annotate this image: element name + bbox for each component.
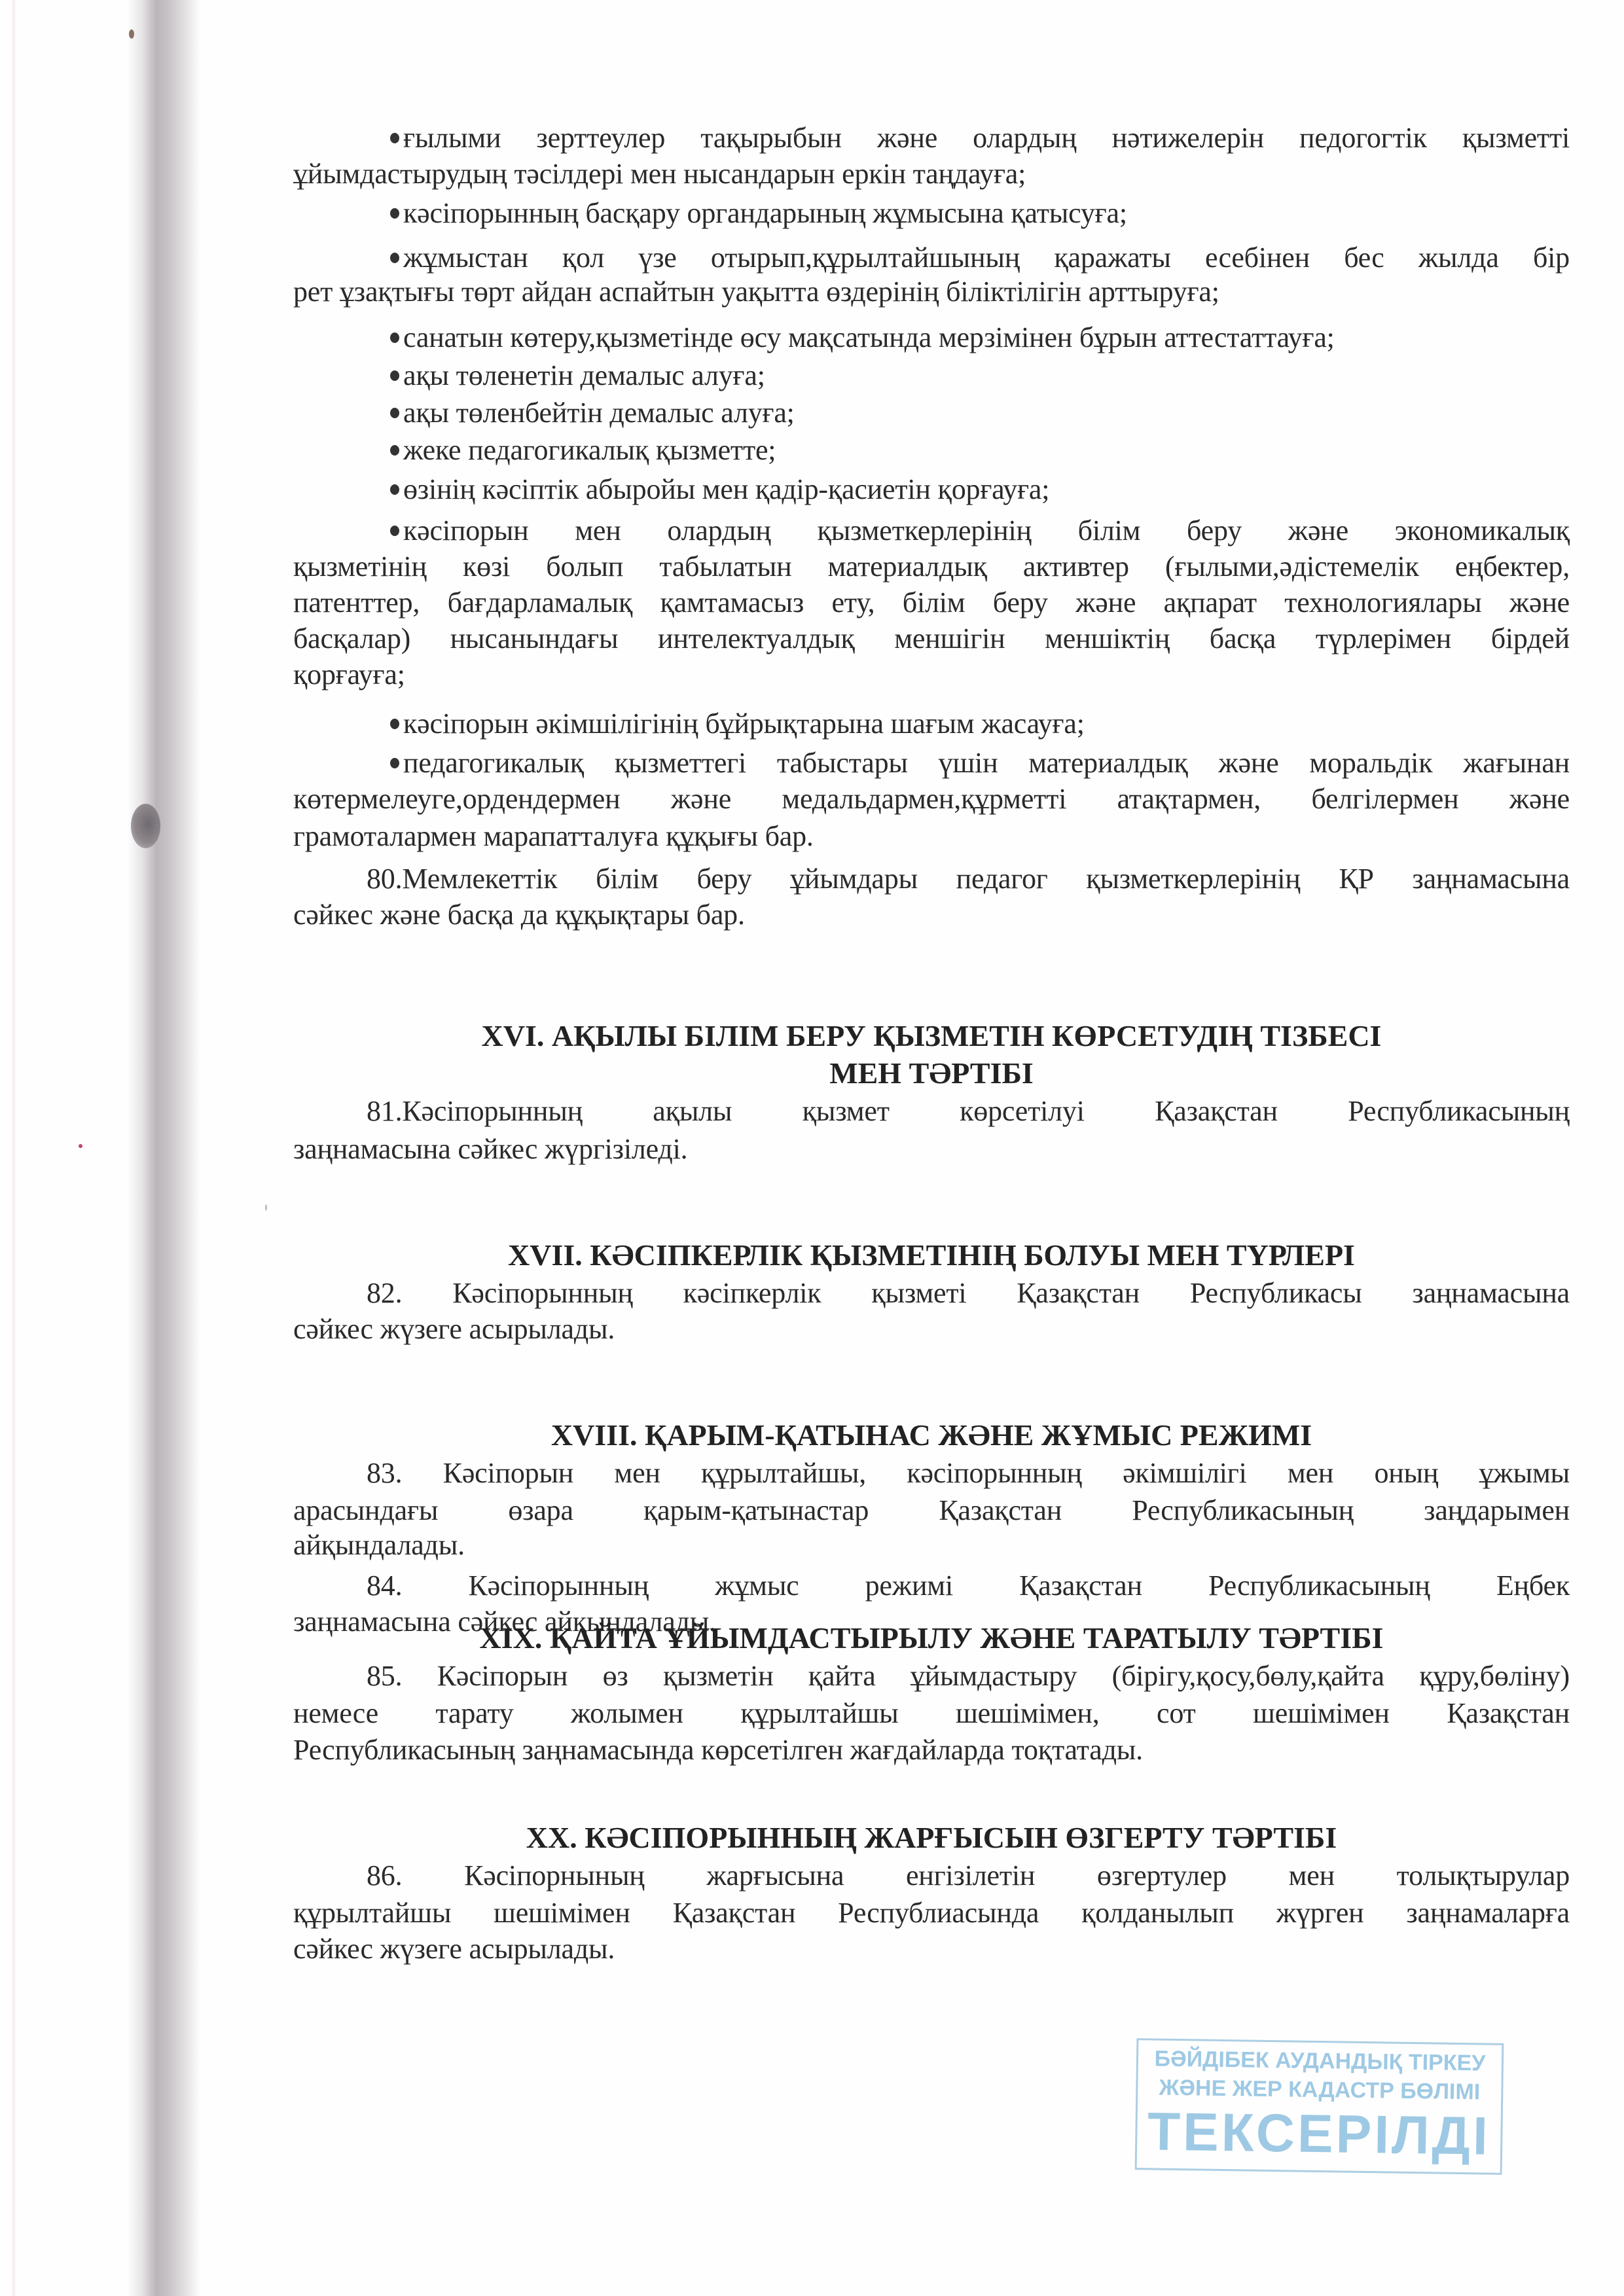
- bullet-item: өзінің кәсіптік абыройы мен қадір-қасиет…: [390, 473, 1570, 507]
- section-heading: XVI. АҚЫЛЫ БІЛІМ БЕРУ ҚЫЗМЕТІН КӨРСЕТУДІ…: [293, 1018, 1570, 1054]
- paragraph-line: Республикасының заңнамасында көрсетілген…: [293, 1733, 1570, 1767]
- bullet-icon: [390, 408, 399, 418]
- scan-speck: [265, 1204, 267, 1211]
- registration-stamp: БӘЙДІБЕК АУДАНДЫҚ ТІРКЕУ ЖӘНЕ ЖЕР КАДАСТ…: [1135, 2038, 1504, 2175]
- bullet-item-continuation: рет ұзақтығы төрт айдан аспайтын уақытта…: [293, 275, 1570, 309]
- bullet-icon: [390, 484, 399, 495]
- paragraph-80: сәйкес және басқа да құқықтары бар.: [293, 898, 1570, 932]
- paragraph-line: 82. Кәсіпорынның кәсіпкерлік қызметі Қаз…: [367, 1276, 1570, 1310]
- bullet-icon: [390, 719, 399, 729]
- bullet-item: ақы төленбейтін демалыс алуға;: [390, 396, 1570, 430]
- line-text: санатын көтеру,қызметінде өсу мақсатында…: [403, 321, 1335, 353]
- bullet-item: санатын көтеру,қызметінде өсу мақсатында…: [390, 321, 1570, 355]
- bullet-item-continuation: басқалар) нысанындағы интелектуалдық мен…: [293, 622, 1570, 656]
- bullet-icon: [390, 133, 399, 143]
- bullet-item-continuation: қызметінің көзі болып табылатын материал…: [293, 550, 1570, 584]
- bullet-item: ақы төленетін демалыс алуға;: [390, 359, 1570, 393]
- line-text: ақы төленетін демалыс алуға;: [403, 359, 765, 391]
- binding-shadow: [128, 0, 200, 2296]
- bullet-item: педагогикалық қызметтегі табыстары үшін …: [390, 746, 1570, 780]
- line-text: өзінің кәсіптік абыройы мен қадір-қасиет…: [403, 473, 1049, 505]
- paragraph-line: сәйкес жүзеге асырылады.: [293, 1932, 1570, 1966]
- scan-speck: [129, 29, 134, 39]
- line-text: кәсіпорын әкімшілігінің бұйрықтарына шағ…: [403, 708, 1085, 740]
- line-text: жеке педагогикалық қызметте;: [403, 434, 776, 466]
- section-heading: МЕН ТӘРТІБІ: [293, 1055, 1570, 1092]
- paragraph-line: 81.Кәсіпорынның ақылы қызмет көрсетілуі …: [367, 1094, 1570, 1128]
- paragraph-line: немесе тарату жолымен құрылтайшы шешімім…: [293, 1696, 1570, 1731]
- bullet-icon: [390, 332, 399, 343]
- bullet-item-continuation: қорғауға;: [293, 658, 1570, 692]
- bullet-item: жеке педагогикалық қызметте;: [390, 433, 1570, 467]
- paragraph-line: заңнамасына сәйкес жүргізіледі.: [293, 1132, 1570, 1166]
- paragraph-line: сәйкес жүзеге асырылады.: [293, 1312, 1570, 1346]
- bullet-icon: [390, 253, 399, 263]
- bullet-item-continuation: ұйымдастырудың тәсілдері мен нысандарын …: [293, 157, 1570, 191]
- line-text: педагогикалық қызметтегі табыстары үшін …: [403, 747, 1570, 779]
- stamp-verified: ТЕКСЕРІЛДІ: [1137, 2102, 1501, 2167]
- bullet-icon: [390, 445, 399, 456]
- bullet-icon: [390, 370, 399, 381]
- punch-hole: [131, 804, 160, 848]
- section-heading: XVII. КӘСІПКЕРЛІК ҚЫЗМЕТІНІҢ БОЛУЫ МЕН Т…: [293, 1237, 1570, 1274]
- line-text: ғылыми зерттеулер тақырыбын және олардың…: [403, 122, 1570, 154]
- scan-page-edge: [12, 0, 16, 2296]
- paragraph-line: 86. Кәсіпорнының жарғысына енгізілетін ө…: [367, 1859, 1570, 1893]
- paragraph-line: 84. Кәсіпорынның жұмыс режимі Қазақстан …: [367, 1569, 1570, 1603]
- bullet-item-continuation: патенттер, бағдарламалық қамтамасыз ету,…: [293, 586, 1570, 620]
- scan-speck: [79, 1144, 82, 1148]
- stamp-line-1: БӘЙДІБЕК АУДАНДЫҚ ТІРКЕУ: [1138, 2044, 1502, 2078]
- bullet-item: жұмыстан қол үзе отырып,құрылтайшының қа…: [390, 241, 1570, 275]
- paragraph-line: 83. Кәсіпорын мен құрылтайшы, кәсіпорынн…: [367, 1456, 1570, 1490]
- line-text: кәсіпорын мен олардың қызметкерлерінің б…: [403, 514, 1570, 547]
- stamp-line-2: ЖӘНЕ ЖЕР КАДАСТР БӨЛІМІ: [1138, 2073, 1502, 2107]
- section-heading: XIX. ҚАЙТА ҰЙЫМДАСТЫРЫЛУ ЖӘНЕ ТАРАТЫЛУ Т…: [293, 1620, 1570, 1657]
- paragraph-line: құрылтайшы шешімімен Қазақстан Республиа…: [293, 1896, 1570, 1930]
- paragraph-line: айқындалады.: [293, 1528, 1570, 1562]
- paragraph-80: 80.Мемлекеттік білім беру ұйымдары педаг…: [367, 862, 1570, 896]
- paragraph-line: 85. Кәсіпорын өз қызметін қайта ұйымдаст…: [367, 1659, 1570, 1693]
- bullet-icon: [390, 758, 399, 768]
- section-heading: XX. КӘСІПОРЫННЫҢ ЖАРҒЫСЫН ӨЗГЕРТУ ТӘРТІБ…: [293, 1820, 1570, 1856]
- bullet-item: кәсіпорынның басқару органдарының жұмысы…: [390, 196, 1570, 230]
- bullet-item: кәсіпорын мен олардың қызметкерлерінің б…: [390, 514, 1570, 548]
- bullet-icon: [390, 526, 399, 536]
- bullet-icon: [390, 208, 399, 219]
- bullet-item-continuation: көтермелеуге,ордендермен және медальдарм…: [293, 782, 1570, 816]
- section-heading: XVIII. ҚАРЫМ-ҚАТЫНАС ЖӘНЕ ЖҰМЫС РЕЖИМІ: [293, 1417, 1570, 1454]
- bullet-item: кәсіпорын әкімшілігінің бұйрықтарына шағ…: [390, 707, 1570, 741]
- bullet-item-continuation: грамоталармен марапатталуға құқығы бар.: [293, 819, 1570, 853]
- paragraph-line: арасындағы өзара қарым-қатынастар Қазақс…: [293, 1494, 1570, 1528]
- line-text: жұмыстан қол үзе отырып,құрылтайшының қа…: [403, 242, 1570, 274]
- line-text: ақы төленбейтін демалыс алуға;: [403, 397, 795, 429]
- bullet-item: ғылыми зерттеулер тақырыбын және олардың…: [390, 121, 1570, 155]
- line-text: кәсіпорынның басқару органдарының жұмысы…: [403, 197, 1127, 229]
